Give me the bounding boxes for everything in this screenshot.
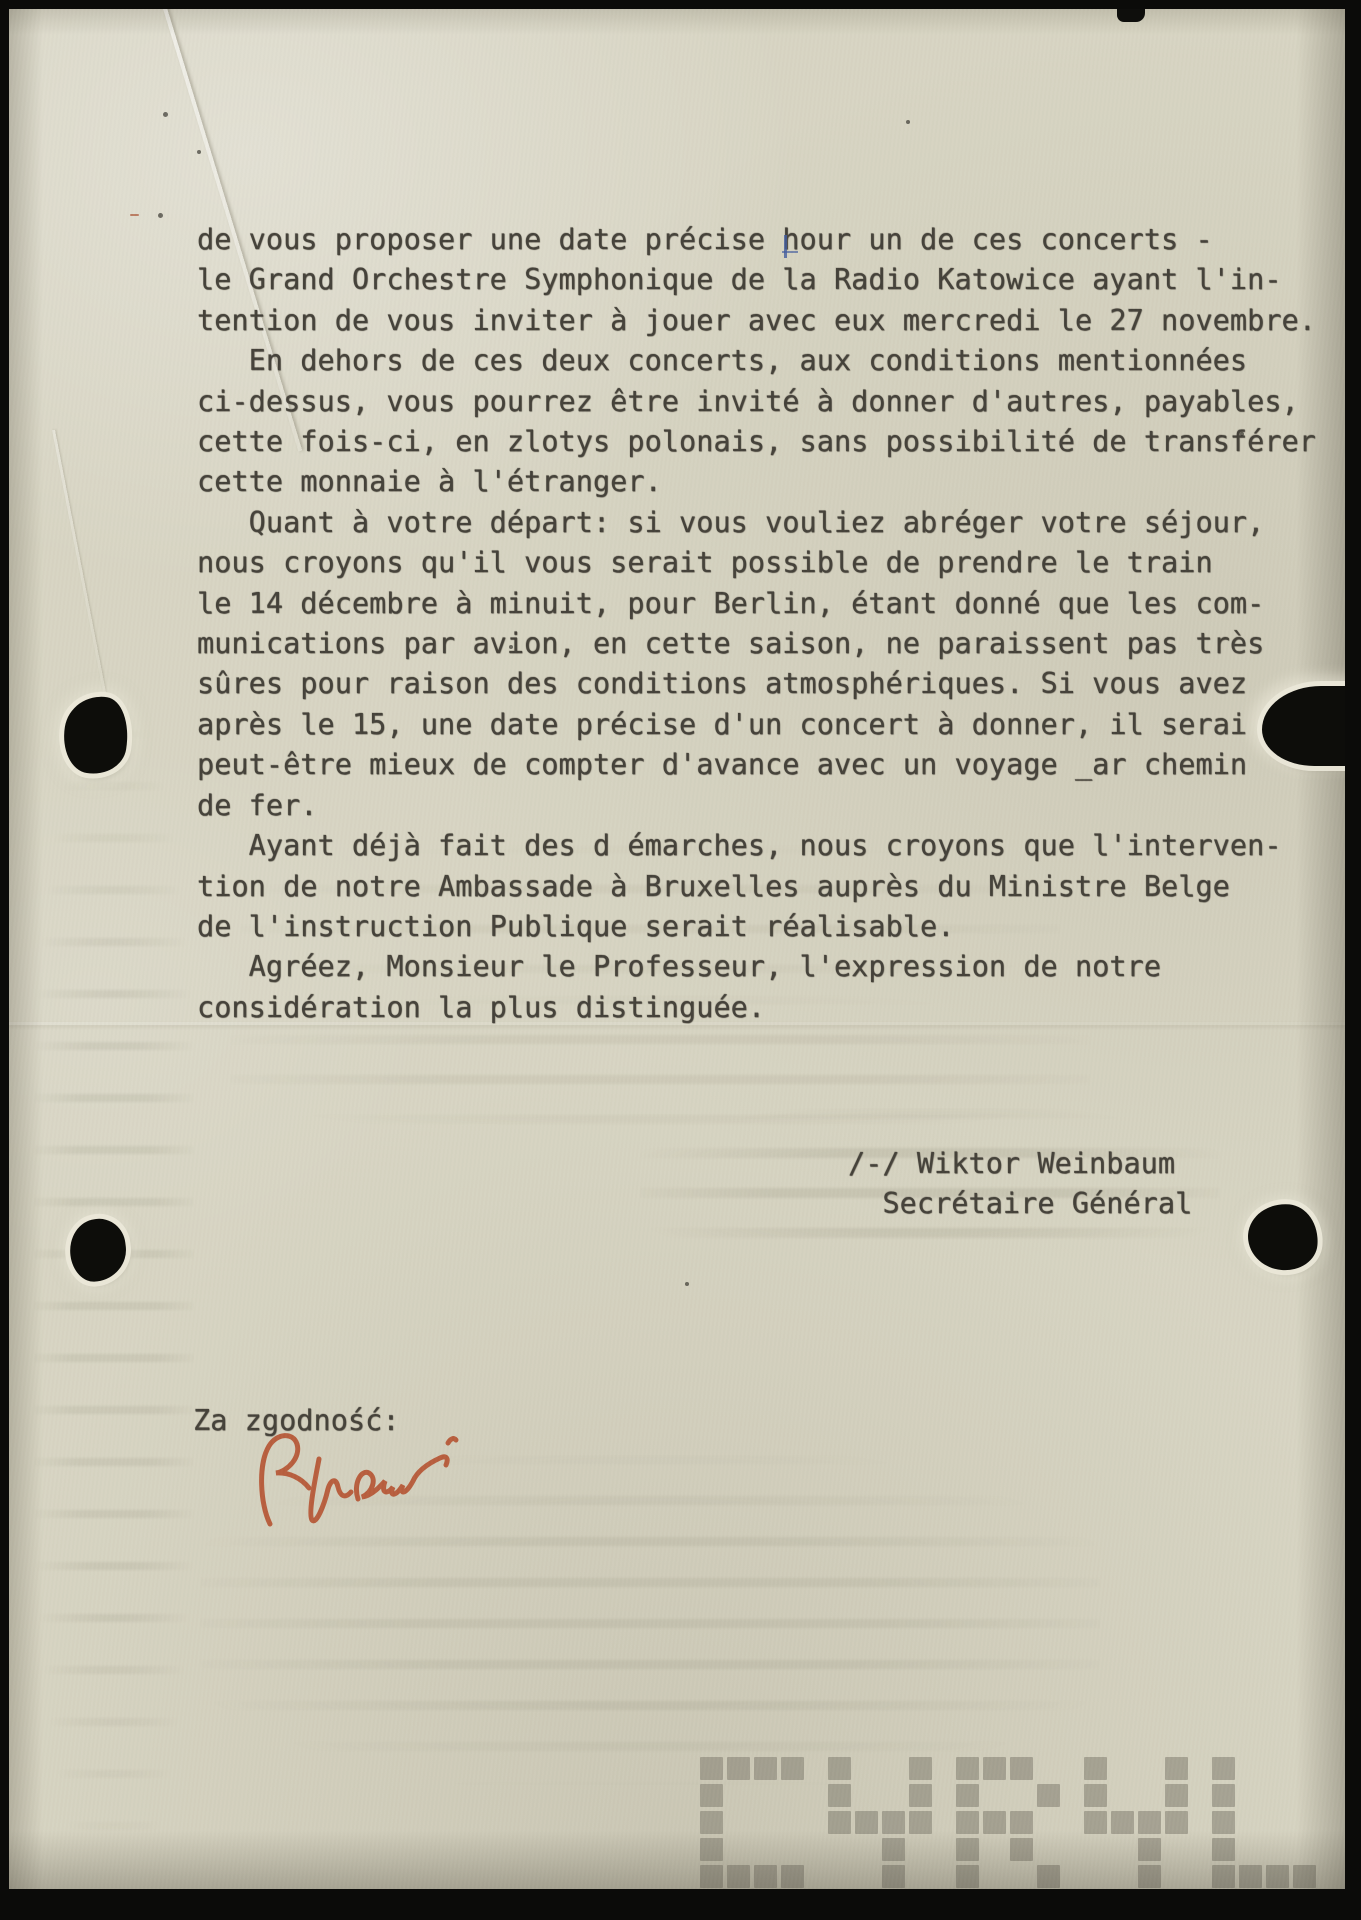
watermark-letter-y [828,1757,932,1888]
paper-speck [1240,432,1244,436]
signature-title: Secrétaire Général [848,1183,1192,1223]
watermark-letter-r [956,1757,1060,1888]
typed-line: considération la plus distinguée. [197,987,1316,1027]
typed-line: sûres pour raison des conditions atmosph… [197,663,1316,703]
signature-block: /-/ Wiktor Weinbaum Secrétaire Général [848,1143,1192,1224]
scanned-document: de vous proposer une date précise hour u… [0,0,1361,1920]
typed-line: munications par avion, en cette saison, … [197,623,1316,663]
edge-shadow [9,0,43,1920]
typed-line: après le 15, une date précise d'un conce… [197,704,1316,744]
typed-line: Agréez, Monsieur le Professeur, l'expres… [197,946,1316,986]
typed-line: Quant à votre départ: si vous vouliez ab… [197,502,1316,542]
typed-line: En dehors de ces deux concerts, aux cond… [197,340,1316,380]
signature-name: /-/ Wiktor Weinbaum [848,1143,1192,1183]
paper-speck [509,645,513,649]
bleed-through-text [34,730,194,1860]
typed-line: nous croyons qu'il vous serait possible … [197,542,1316,582]
typed-segment: de vous proposer une date précise [197,222,782,256]
paper-speck [163,112,168,117]
scan-border [1345,0,1361,1920]
typed-line: de vous proposer une date précise hour u… [197,219,1316,259]
watermark-letter-l [1212,1757,1316,1888]
scan-border [0,0,9,1920]
letter-page: de vous proposer une date précise hour u… [0,0,1361,1920]
torn-hole [1245,1201,1320,1273]
typed-line: ci-dessus, vous pourrez être invité à do… [197,381,1316,421]
scan-border [0,1889,1361,1920]
paper-speck [158,213,163,218]
typed-line: le Grand Orchestre Symphonique de la Rad… [197,259,1316,299]
torn-hole [58,691,133,778]
paper-speck [130,214,139,216]
typed-line: de fer. [197,785,1316,825]
paper-speck [197,150,201,154]
paper-crease [52,430,106,696]
typed-segment: our un de ces concerts - [800,222,1213,256]
cyryl-watermark [700,1757,1316,1888]
typed-line: cette fois-ci, en zlotys polonais, sans … [197,421,1316,461]
edge-shadow [0,9,1361,35]
torn-hole [66,1216,129,1284]
watermark-letter-c [700,1757,804,1888]
paper-edge-notch [1117,9,1145,22]
scan-border [0,0,1361,9]
typed-line: Ayant déjà fait des d émarches, nous cro… [197,825,1316,865]
paper-speck [906,120,910,124]
typed-line: de l'instruction Publique serait réalisa… [197,906,1316,946]
letter-body: de vous proposer une date précise hour u… [197,219,1316,1027]
typed-line: cette monnaie à l'étranger. [197,461,1316,501]
paper-speck [685,1282,689,1286]
watermark-letter-y [1084,1757,1188,1888]
corrected-letter: h [782,222,799,256]
typed-line: le 14 décembre à minuit, pour Berlin, ét… [197,583,1316,623]
handwritten-signature [252,1426,492,1538]
typed-line: tention de vous inviter à jouer avec eux… [197,300,1316,340]
typed-line: tion de notre Ambassade à Bruxelles aupr… [197,866,1316,906]
typed-line: peut-être mieux de compter d'avance avec… [197,744,1316,784]
